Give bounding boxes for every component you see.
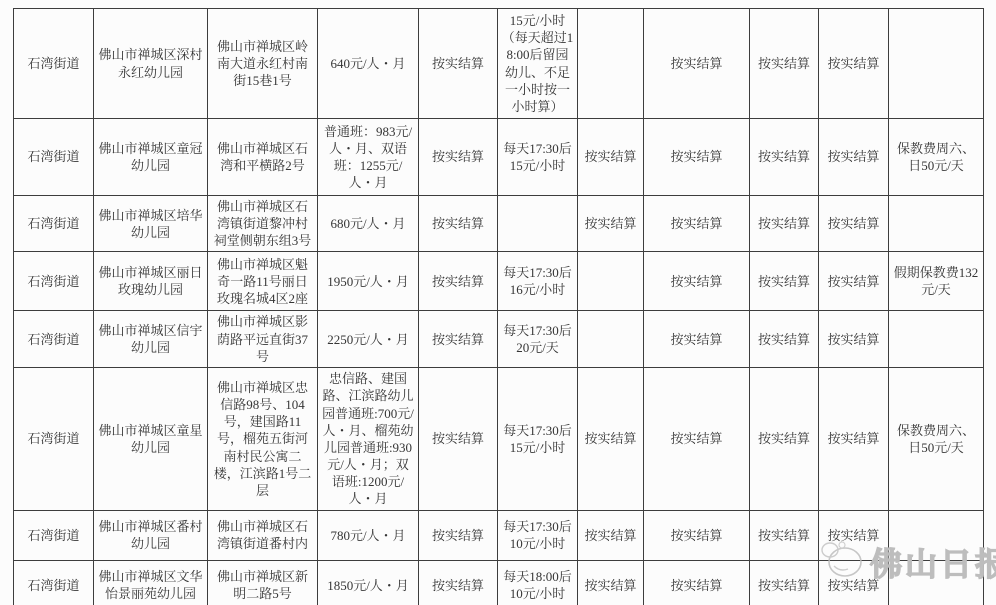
table-body: 石湾街道佛山市禅城区深村永红幼儿园佛山市禅城区岭南大道永红村南街15巷1号640… <box>14 9 984 605</box>
table-row: 石湾街道佛山市禅城区童冠幼儿园佛山市禅城区石湾和平横路2号普通班：983元/人・… <box>14 119 984 196</box>
table-cell: 780元/人・月 <box>318 510 419 560</box>
table-cell: 按实结算 <box>644 367 750 510</box>
table-cell: 佛山市禅城区岭南大道永红村南街15巷1号 <box>208 9 318 119</box>
table-row: 石湾街道佛山市禅城区信宇幼儿园佛山市禅城区影荫路平远直街37号2250元/人・月… <box>14 311 984 367</box>
table-cell: 按实结算 <box>578 196 644 252</box>
table-cell: 石湾街道 <box>14 9 94 119</box>
table-cell: 石湾街道 <box>14 560 94 605</box>
table-cell: 按实结算 <box>419 560 498 605</box>
table-cell: 按实结算 <box>819 367 889 510</box>
table-cell: 640元/人・月 <box>318 9 419 119</box>
table-cell: 15元/小时（每天超过18:00后留园幼儿、不足一小时按一小时算） <box>498 9 578 119</box>
table-cell: 按实结算 <box>578 119 644 196</box>
table-cell: 按实结算 <box>819 9 889 119</box>
table-cell: 佛山市禅城区童星幼儿园 <box>94 367 208 510</box>
document-page: 石湾街道佛山市禅城区深村永红幼儿园佛山市禅城区岭南大道永红村南街15巷1号640… <box>0 0 996 605</box>
table-cell: 按实结算 <box>750 196 819 252</box>
table-cell: 按实结算 <box>819 196 889 252</box>
table-cell: 按实结算 <box>819 560 889 605</box>
table-cell <box>889 510 984 560</box>
table-cell: 佛山市禅城区丽日玫瑰幼儿园 <box>94 252 208 311</box>
table-cell: 按实结算 <box>750 367 819 510</box>
table-row: 石湾街道佛山市禅城区童星幼儿园佛山市禅城区忠信路98号、104号，建国路11号，… <box>14 367 984 510</box>
table-cell: 按实结算 <box>578 367 644 510</box>
table-cell: 每天17:30后15元/小时 <box>498 367 578 510</box>
table-cell: 按实结算 <box>644 9 750 119</box>
table-cell: 每天17:30后16元/小时 <box>498 252 578 311</box>
table-cell: 1850元/人・月 <box>318 560 419 605</box>
table-cell: 佛山市禅城区信宇幼儿园 <box>94 311 208 367</box>
table-cell: 保教费周六、日50元/天 <box>889 119 984 196</box>
table-cell <box>578 311 644 367</box>
table-cell: 按实结算 <box>750 510 819 560</box>
table-cell: 按实结算 <box>644 311 750 367</box>
table-cell <box>578 252 644 311</box>
table-cell: 按实结算 <box>578 560 644 605</box>
table-row: 石湾街道佛山市禅城区番村幼儿园佛山市禅城区石湾镇街道番村内780元/人・月按实结… <box>14 510 984 560</box>
table-row: 石湾街道佛山市禅城区培华幼儿园佛山市禅城区石湾镇街道黎冲村祠堂侧朝东组3号680… <box>14 196 984 252</box>
table-cell: 按实结算 <box>419 119 498 196</box>
table-cell: 按实结算 <box>419 252 498 311</box>
table-cell: 每天17:30后20元/天 <box>498 311 578 367</box>
table-cell <box>889 9 984 119</box>
table-cell: 石湾街道 <box>14 311 94 367</box>
table-cell: 按实结算 <box>819 311 889 367</box>
table-cell: 按实结算 <box>750 311 819 367</box>
table-cell: 佛山市禅城区石湾镇街道番村内 <box>208 510 318 560</box>
table-cell: 按实结算 <box>419 311 498 367</box>
table-cell: 按实结算 <box>419 510 498 560</box>
table-cell <box>578 9 644 119</box>
table-cell: 佛山市禅城区文华怡景丽苑幼儿园 <box>94 560 208 605</box>
table-cell: 每天17:30后10元/小时 <box>498 510 578 560</box>
table-cell: 按实结算 <box>750 9 819 119</box>
table-cell <box>889 311 984 367</box>
table-cell: 假期保教费132元/天 <box>889 252 984 311</box>
table-cell: 佛山市禅城区番村幼儿园 <box>94 510 208 560</box>
table-cell: 按实结算 <box>819 510 889 560</box>
table-cell: 按实结算 <box>419 9 498 119</box>
table-cell: 按实结算 <box>419 367 498 510</box>
table-cell: 2250元/人・月 <box>318 311 419 367</box>
table-cell: 佛山市禅城区石湾镇街道黎冲村祠堂侧朝东组3号 <box>208 196 318 252</box>
table-cell: 按实结算 <box>578 510 644 560</box>
table-cell: 每天18:00后10元/小时 <box>498 560 578 605</box>
table-cell: 普通班：983元/人・月、双语班：1255元/人・月 <box>318 119 419 196</box>
table-cell: 680元/人・月 <box>318 196 419 252</box>
table-cell: 石湾街道 <box>14 196 94 252</box>
table-cell: 按实结算 <box>644 252 750 311</box>
table-cell: 按实结算 <box>644 510 750 560</box>
table-cell: 佛山市禅城区童冠幼儿园 <box>94 119 208 196</box>
table-cell: 按实结算 <box>819 119 889 196</box>
table-cell: 按实结算 <box>419 196 498 252</box>
table-cell: 佛山市禅城区忠信路98号、104号，建国路11号，榴苑五街河南村民公寓二楼，江滨… <box>208 367 318 510</box>
table-cell: 按实结算 <box>644 119 750 196</box>
table-cell <box>498 196 578 252</box>
table-cell: 佛山市禅城区培华幼儿园 <box>94 196 208 252</box>
table-cell: 忠信路、建国路、江滨路幼儿园普通班:700元/人・月、榴苑幼儿园普通班:930元… <box>318 367 419 510</box>
table-cell: 按实结算 <box>750 252 819 311</box>
table-cell: 石湾街道 <box>14 510 94 560</box>
table-cell: 石湾街道 <box>14 119 94 196</box>
table-cell: 按实结算 <box>750 560 819 605</box>
table-cell: 佛山市禅城区新明二路5号 <box>208 560 318 605</box>
table-cell: 佛山市禅城区深村永红幼儿园 <box>94 9 208 119</box>
table-cell: 1950元/人・月 <box>318 252 419 311</box>
table-cell: 佛山市禅城区魁奇一路11号丽日玫瑰名城4区2座 <box>208 252 318 311</box>
table-cell: 保教费周六、日50元/天 <box>889 367 984 510</box>
table-cell <box>889 560 984 605</box>
table-cell: 佛山市禅城区石湾和平横路2号 <box>208 119 318 196</box>
table-row: 石湾街道佛山市禅城区文华怡景丽苑幼儿园佛山市禅城区新明二路5号1850元/人・月… <box>14 560 984 605</box>
table-cell: 按实结算 <box>750 119 819 196</box>
table-cell: 石湾街道 <box>14 367 94 510</box>
table-cell <box>889 196 984 252</box>
table-row: 石湾街道佛山市禅城区深村永红幼儿园佛山市禅城区岭南大道永红村南街15巷1号640… <box>14 9 984 119</box>
table-cell: 按实结算 <box>819 252 889 311</box>
table-cell: 石湾街道 <box>14 252 94 311</box>
kindergarten-fee-table: 石湾街道佛山市禅城区深村永红幼儿园佛山市禅城区岭南大道永红村南街15巷1号640… <box>13 8 984 605</box>
table-cell: 按实结算 <box>644 560 750 605</box>
table-cell: 按实结算 <box>644 196 750 252</box>
table-cell: 每天17:30后15元/小时 <box>498 119 578 196</box>
table-row: 石湾街道佛山市禅城区丽日玫瑰幼儿园佛山市禅城区魁奇一路11号丽日玫瑰名城4区2座… <box>14 252 984 311</box>
table-cell: 佛山市禅城区影荫路平远直街37号 <box>208 311 318 367</box>
